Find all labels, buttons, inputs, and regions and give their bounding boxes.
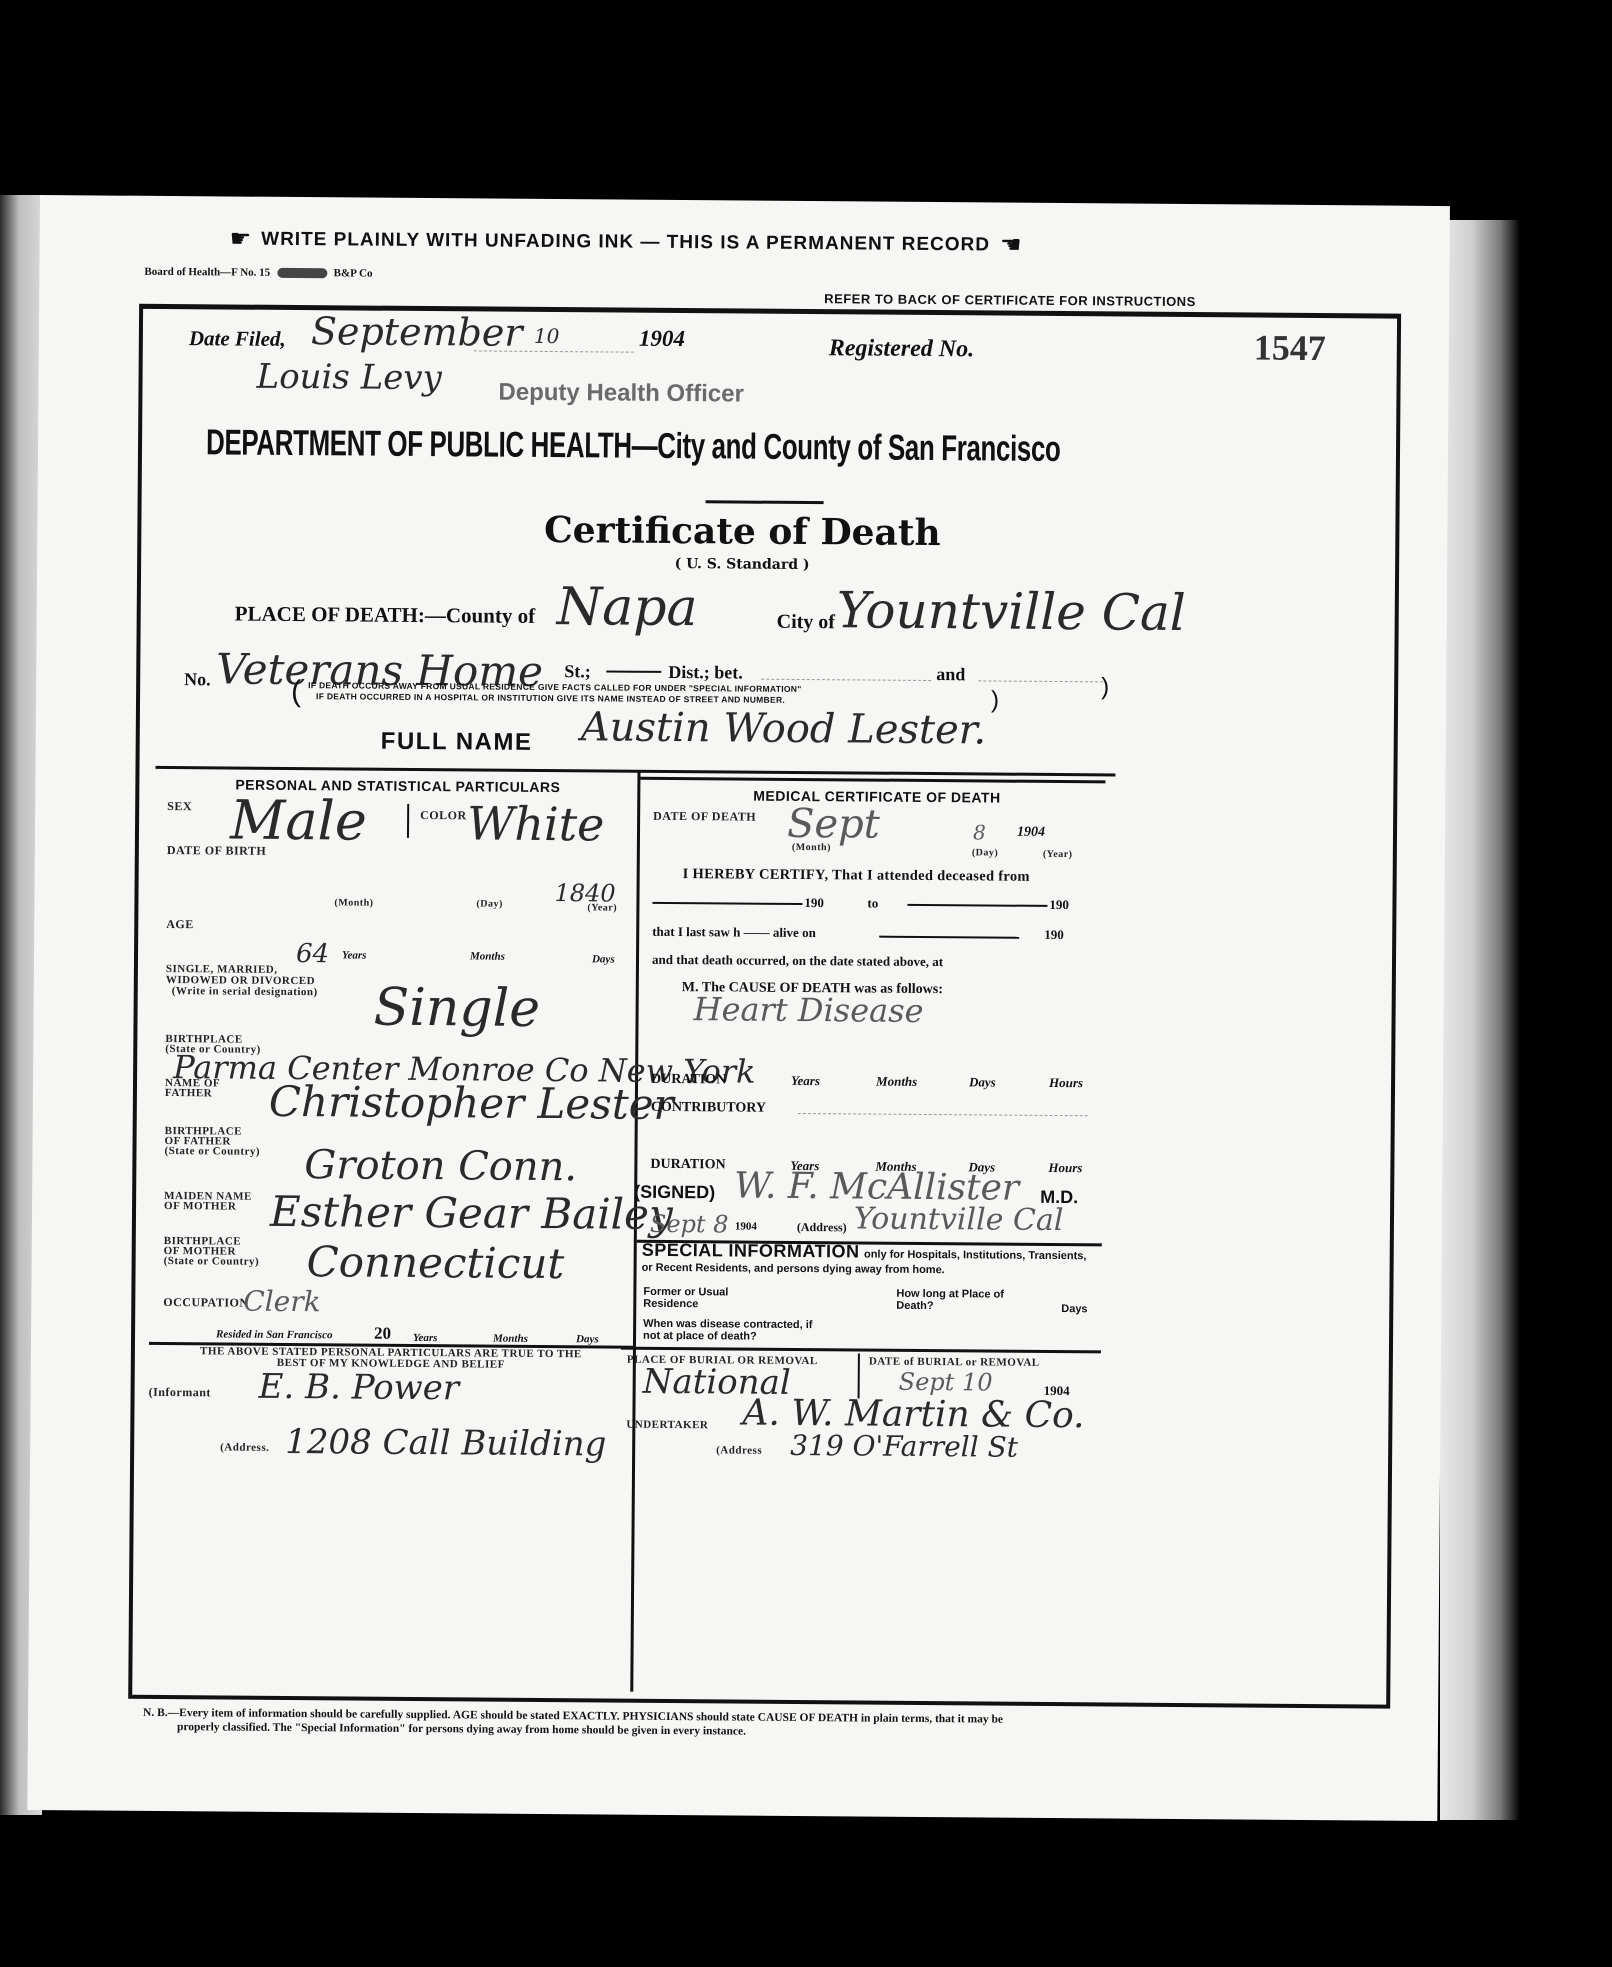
sex-label: SEX: [167, 800, 192, 812]
date-filed-day: 10: [534, 324, 560, 348]
death-day-value: 8: [973, 820, 986, 844]
outer-close-paren: ): [1101, 673, 1109, 701]
father-birthplace-label: BIRTHPLACE OF FATHER (State or Country): [164, 1126, 260, 1157]
physician-address-value: Yountville Cal: [854, 1201, 1064, 1238]
mother-birthplace-value: Connecticut: [306, 1237, 564, 1288]
last-saw-statement: that I last saw h —— alive on: [652, 924, 816, 941]
resided-label: Resided in San Francisco: [216, 1328, 333, 1341]
informant-address-value: 1208 Call Building: [285, 1422, 606, 1465]
burial-column-divider: [858, 1353, 860, 1398]
signature-year: 1904: [735, 1220, 757, 1232]
occupation-label: OCCUPATION: [163, 1296, 248, 1309]
form-id: Board of Health—F No. 15 B&P Co: [144, 266, 372, 280]
age-years-caption: Years: [342, 949, 367, 961]
how-long-label: How long at Place of Death?: [896, 1288, 1006, 1313]
disease-contracted-label: When was disease contracted, if not at p…: [643, 1318, 813, 1343]
full-name-label: FULL NAME: [381, 728, 533, 757]
registered-label: Registered No.: [829, 335, 975, 363]
father-birthplace-value: Groton Conn.: [304, 1142, 577, 1190]
death-year-caption: (Year): [1043, 849, 1073, 861]
union-label-icon: [277, 268, 327, 278]
mother-name-value: Esther Gear Bailey: [270, 1187, 673, 1239]
street-number-label: No.: [184, 669, 211, 690]
date-filed-month: September: [311, 309, 523, 355]
marital-label: SINGLE, MARRIED, WIDOWED OR DIVORCED (Wr…: [166, 964, 318, 998]
attended-dates-row: 190 to 190: [652, 894, 1092, 917]
resided-days-caption: Days: [576, 1333, 599, 1345]
footnote: N. B.—Every item of information should b…: [143, 1706, 1003, 1741]
age-label: AGE: [166, 918, 194, 930]
father-name-label: NAME OF FATHER: [165, 1078, 220, 1098]
death-certificate-page: ☛ WRITE PLAINLY WITH UNFADING INK — THIS…: [27, 195, 1450, 1821]
department-heading: DEPARTMENT OF PUBLIC HEALTH—City and Cou…: [206, 421, 1034, 470]
sex-color-divider: [407, 804, 409, 838]
burial-date-label: DATE of BURIAL or REMOVAL: [869, 1356, 1040, 1369]
resided-years-value: 20: [374, 1324, 391, 1344]
color-label: COLOR: [420, 809, 467, 821]
county-value: Napa: [557, 577, 698, 638]
age-days-caption: Days: [592, 953, 615, 965]
marital-value: Single: [373, 978, 540, 1039]
certify-statement: I HEREBY CERTIFY, That I attended deceas…: [683, 866, 1030, 886]
age-months-caption: Months: [470, 950, 505, 962]
dob-day-caption: (Day): [476, 898, 502, 910]
refer-note: REFER TO BACK OF CERTIFICATE FOR INSTRUC…: [824, 291, 1196, 309]
place-of-death-label: PLACE OF DEATH:—County of: [235, 602, 536, 629]
death-month-value: Sept: [787, 801, 880, 848]
color-value: White: [467, 796, 605, 851]
registered-number: 1547: [1254, 327, 1326, 370]
dob-year-caption: (Year): [587, 902, 617, 914]
mother-birthplace-label: BIRTHPLACE OF MOTHER (State or Country): [164, 1236, 260, 1267]
physician-address-label: (Address): [797, 1220, 847, 1235]
date-filed-year: 1904: [639, 326, 685, 352]
dob-label: DATE OF BIRTH: [167, 844, 267, 857]
dob-month-caption: (Month): [334, 897, 373, 909]
full-name-value: Austin Wood Lester.: [581, 704, 987, 753]
resided-months-caption: Months: [493, 1333, 528, 1345]
last-saw-year: 190: [1044, 927, 1064, 943]
pointing-hand-icon: ☛: [230, 227, 252, 251]
informant-label: (Informant: [149, 1386, 211, 1398]
mother-name-label: MAIDEN NAME OF MOTHER: [164, 1191, 252, 1212]
informant-value: E. B. Power: [258, 1367, 459, 1409]
signature-date: Sept 8: [650, 1210, 729, 1239]
undertaker-address-label: (Address: [716, 1444, 762, 1456]
death-month-caption: (Month): [792, 842, 831, 854]
note-close-paren: ): [991, 686, 999, 714]
father-name-value: Christopher Lester: [269, 1077, 674, 1129]
place-note: IF DEATH OCCURS AWAY FROM USUAL RESIDENC…: [308, 680, 802, 706]
death-occurred-statement: and that death occurred, on the date sta…: [652, 952, 943, 970]
date-filed-label: Date Filed,: [189, 326, 286, 352]
occupation-value: Clerk: [243, 1285, 321, 1319]
death-day-caption: (Day): [972, 847, 998, 859]
resided-years-caption: Years: [413, 1332, 438, 1344]
contributory-label: CONTRIBUTORY: [651, 1100, 766, 1117]
signed-label: (SIGNED): [634, 1182, 715, 1204]
and-label: and: [936, 664, 965, 685]
street-line: [606, 670, 661, 672]
pointing-hand-left-icon: ☚: [1000, 234, 1022, 258]
street-label: St.;: [564, 661, 591, 682]
officer-signature: Louis Levy: [256, 357, 442, 398]
cause-of-death-value: Heart Disease: [693, 990, 923, 1030]
undertaker-label: UNDERTAKER: [626, 1419, 708, 1432]
instruction-text: WRITE PLAINLY WITH UNFADING INK — THIS I…: [261, 229, 990, 257]
burial-date-value: Sept 10: [899, 1368, 993, 1397]
informant-address-label: (Address.: [220, 1441, 269, 1453]
date-of-death-label: DATE OF DEATH: [653, 810, 756, 823]
district-label: Dist.; bet.: [668, 662, 743, 684]
city-value: Yountville Cal: [837, 581, 1186, 642]
officer-title: Deputy Health Officer: [498, 379, 744, 409]
note-open-paren: (: [291, 675, 301, 709]
undertaker-address-value: 319 O'Farrell St: [790, 1429, 1018, 1464]
city-label: City of: [777, 611, 836, 634]
duration-row-1: DURATION Years Months Days Hours: [651, 1072, 1091, 1095]
special-info-heading: SPECIAL INFORMATION only for Hospitals, …: [642, 1244, 1092, 1279]
former-residence-label: Former or Usual Residence: [643, 1286, 753, 1311]
how-long-days-label: Days: [1061, 1303, 1087, 1315]
top-instruction: ☛ WRITE PLAINLY WITH UNFADING INK — THIS…: [230, 226, 1360, 261]
page-stack-edge: [1440, 220, 1520, 1820]
death-year-value: 1904: [1017, 825, 1045, 841]
